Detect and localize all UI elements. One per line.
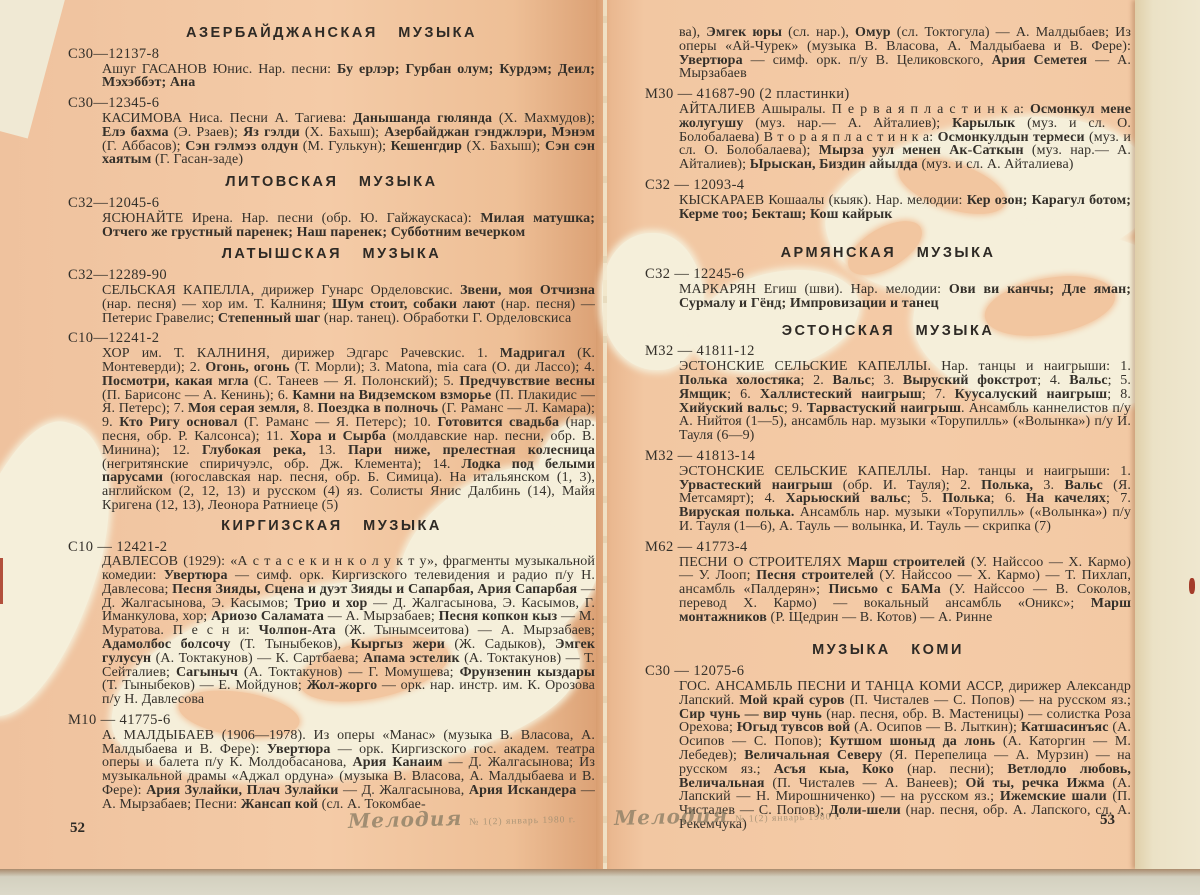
stamp-issue-note: № 1(2) январь 1980 г. [469, 815, 576, 828]
entry-text: Ашуг ГАСАНОВ Юнис. Нар. песни: Бу ерлэр;… [102, 63, 595, 91]
catalog-number: С30—12137-8 [68, 48, 595, 62]
catalog-scan: АЗЕРБАЙДЖАНСКАЯ МУЗЫКАС30—12137-8Ашуг ГА… [0, 0, 1200, 895]
catalog-entry: М30 — 41687-90 (2 пластинки)АЙТАЛИЕВ Ашы… [645, 88, 1131, 172]
section-heading: ЛАТЫШСКАЯ МУЗЫКА [68, 248, 595, 262]
catalog-number: С32—12045-6 [68, 197, 595, 211]
page-edge-underlay [1135, 0, 1200, 869]
catalog-number: С10 — 12421-2 [68, 541, 595, 555]
catalog-entry: С30—12345-6КАСИМОВА Ниса. Песни А. Тагие… [68, 97, 595, 167]
page-content: ва), Эмгек юры (сл. нар.), Омур (сл. Ток… [645, 26, 1131, 839]
catalog-number: С32 — 12245-6 [645, 268, 1131, 282]
catalog-number: С32—12289-90 [68, 269, 595, 283]
catalog-entry: М32 — 41811-12ЭСТОНСКИЕ СЕЛЬСКИЕ КАПЕЛЛЫ… [645, 345, 1131, 443]
entry-continuation: ва), Эмгек юры (сл. нар.), Омур (сл. Ток… [645, 26, 1131, 81]
section-heading: МУЗЫКА КОМИ [645, 644, 1131, 658]
section-heading: КИРГИЗСКАЯ МУЗЫКА [68, 520, 595, 534]
catalog-entry: С10 — 12421-2ДАВЛЕСОВ (1929): «А с т а с… [68, 541, 595, 708]
catalog-entry: С10—12241-2ХОР им. Т. КАЛНИНЯ, дирижер Э… [68, 332, 595, 512]
entry-text: ва), Эмгек юры (сл. нар.), Омур (сл. Ток… [679, 26, 1131, 81]
gutter-torn-edge [603, 0, 607, 869]
page-52: АЗЕРБАЙДЖАНСКАЯ МУЗЫКАС30—12137-8Ашуг ГА… [0, 0, 596, 869]
catalog-entry: С32—12289-90СЕЛЬСКАЯ КАПЕЛЛА, дирижер Гу… [68, 269, 595, 325]
section-heading: АЗЕРБАЙДЖАНСКАЯ МУЗЫКА [68, 27, 595, 41]
stamp-logo-text: Мелодия [614, 803, 729, 830]
catalog-number: М32 — 41811-12 [645, 345, 1131, 359]
scan-bottom-edge [0, 869, 1200, 895]
catalog-number: М30 — 41687-90 (2 пластинки) [645, 88, 1131, 102]
section-heading: ЭСТОНСКАЯ МУЗЫКА [645, 325, 1131, 339]
catalog-entry: С32 — 12093-4КЫСКАРАЕВ Кошаалы (кыяк). Н… [645, 179, 1131, 221]
entry-text: СЕЛЬСКАЯ КАПЕЛЛА, дирижер Гунарс Орделов… [102, 284, 595, 325]
catalog-number: М10 — 41775-6 [68, 714, 595, 728]
entry-text: ПЕСНИ О СТРОИТЕЛЯХ Марш строителей (У. Н… [679, 556, 1131, 625]
stamp-logo-text: Мелодия [348, 806, 463, 833]
entry-text: МАРКАРЯН Егиш (шви). Нар. мелодии: Ови в… [679, 283, 1131, 311]
entry-text: ДАВЛЕСОВ (1929): «А с т а с е к и н к о … [102, 555, 595, 707]
entry-text: АЙТАЛИЕВ Ашыралы. П е р в а я п л а с т … [679, 103, 1131, 172]
catalog-entry: М62 — 41773-4ПЕСНИ О СТРОИТЕЛЯХ Марш стр… [645, 541, 1131, 625]
page-53: ва), Эмгек юры (сл. нар.), Омур (сл. Ток… [596, 0, 1200, 869]
red-mark-right-edge [1189, 578, 1195, 594]
entry-text: КЫСКАРАЕВ Кошаалы (кыяк). Нар. мелодии: … [679, 194, 1131, 222]
entry-text: ЯСЮНАЙТЕ Ирена. Нар. песни (обр. Ю. Гайж… [102, 212, 595, 240]
stamp-issue-note: № 1(2) январь 1980 г. [735, 812, 842, 825]
catalog-entry: С30—12137-8Ашуг ГАСАНОВ Юнис. Нар. песни… [68, 48, 595, 90]
entry-text: КАСИМОВА Ниса. Песни А. Тагиева: Данышан… [102, 112, 595, 167]
entry-text: ЭСТОНСКИЕ СЕЛЬСКИЕ КАПЕЛЛЫ. Нар. танцы и… [679, 465, 1131, 534]
page-content: АЗЕРБАЙДЖАНСКАЯ МУЗЫКАС30—12137-8Ашуг ГА… [68, 18, 595, 819]
catalog-number: С32 — 12093-4 [645, 179, 1131, 193]
page-number: 53 [1100, 812, 1115, 829]
section-heading: ЛИТОВСКАЯ МУЗЫКА [68, 176, 595, 190]
catalog-number: М62 — 41773-4 [645, 541, 1131, 555]
melodiya-stamp: Мелодия№ 1(2) январь 1980 г. [348, 803, 576, 833]
page-corner-decor [0, 0, 74, 139]
page-number: 52 [70, 820, 85, 837]
catalog-entry: С32 — 12245-6МАРКАРЯН Егиш (шви). Нар. м… [645, 268, 1131, 310]
catalog-number: М32 — 41813-14 [645, 450, 1131, 464]
entry-text: ЭСТОНСКИЕ СЕЛЬСКИЕ КАПЕЛЛЫ. Нар. танцы и… [679, 360, 1131, 443]
red-mark-left-edge [0, 558, 3, 604]
catalog-entry: С32—12045-6ЯСЮНАЙТЕ Ирена. Нар. песни (о… [68, 197, 595, 239]
catalog-number: С10—12241-2 [68, 332, 595, 346]
catalog-number: С30 — 12075-6 [645, 665, 1131, 679]
catalog-number: С30—12345-6 [68, 97, 595, 111]
catalog-entry: М32 — 41813-14ЭСТОНСКИЕ СЕЛЬСКИЕ КАПЕЛЛЫ… [645, 450, 1131, 534]
entry-text: А. МАЛДЫБАЕВ (1906—1978). Из оперы «Мана… [102, 729, 595, 812]
entry-text: ХОР им. Т. КАЛНИНЯ, дирижер Эдгарс Рачев… [102, 347, 595, 513]
catalog-entry: М10 — 41775-6А. МАЛДЫБАЕВ (1906—1978). И… [68, 714, 595, 812]
section-heading: АРМЯНСКАЯ МУЗЫКА [645, 247, 1131, 261]
